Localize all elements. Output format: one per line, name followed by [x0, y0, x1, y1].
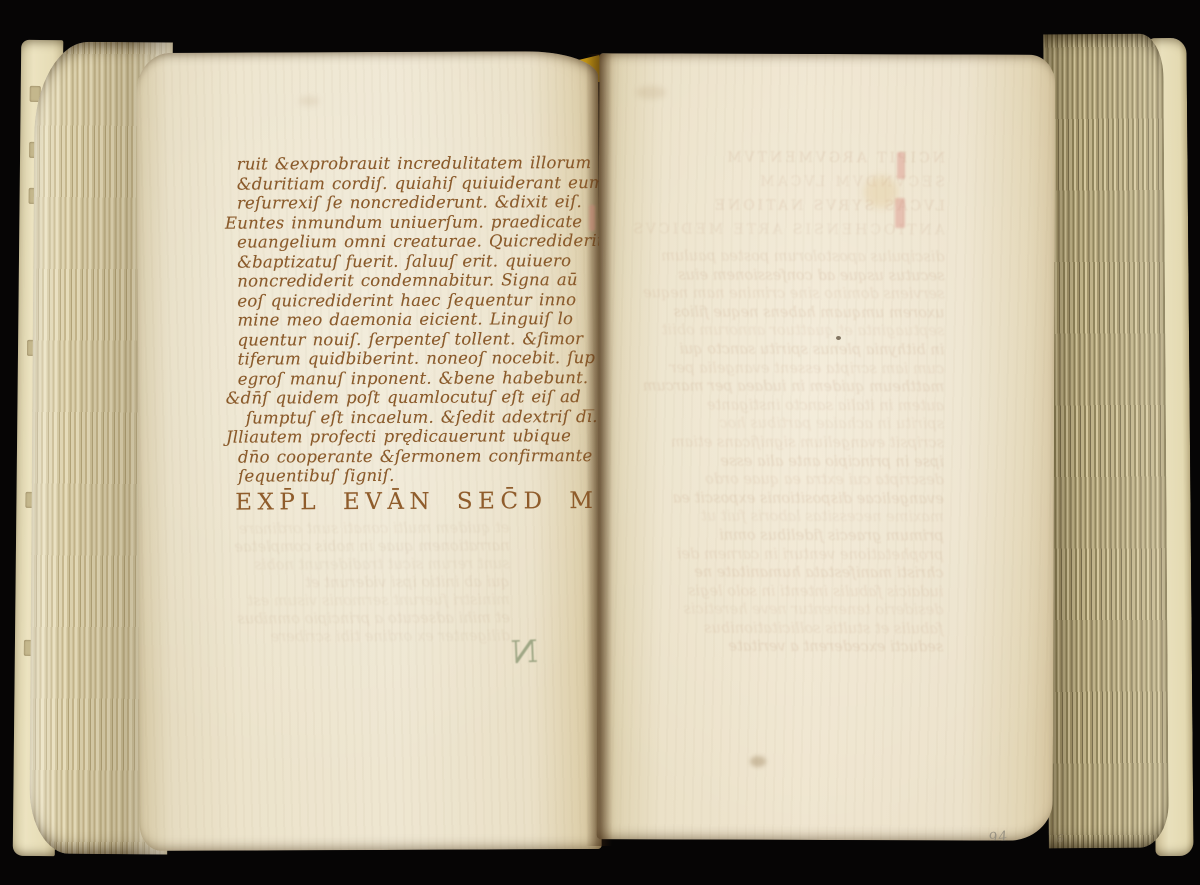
- showthrough-line: secutus usque ad confessionem eius: [613, 266, 945, 286]
- explicit-line: EXP̄L EVĀN SEC̄D MAR̄C: [235, 488, 602, 516]
- showthrough-line: serviens domino sine crimine nam neque: [613, 284, 945, 304]
- showthrough-line: et quidem multi conati sunt ordinare: [234, 519, 509, 538]
- showthrough-line: et mihi adsecuto a principio omnibus: [235, 609, 510, 628]
- manuscript-line: dn̄o cooperante &ſermonem confirmante: [238, 446, 578, 467]
- parchment-stain: [864, 176, 898, 208]
- showthrough-line: primum graecis fidelibus omni: [612, 526, 944, 546]
- rubric-showthrough-mark: [895, 198, 905, 228]
- parchment-stain: [636, 86, 666, 99]
- right-page-showthrough-body: discipulus apostolorum postea paulumsecu…: [611, 247, 944, 657]
- manuscript-line: ſequentibuſ ſigniſ.: [238, 465, 578, 486]
- showthrough-line: desiderio tenerentur neve hereticis: [611, 601, 943, 621]
- manuscript-line: eoſ quicrediderint haec ſequentur inno: [237, 290, 577, 311]
- showthrough-line: diligenter ex ordine tibi scribere: [235, 627, 510, 646]
- manuscript-line: mine meo daemonia eicient. Linguiſ lo: [237, 309, 577, 330]
- manuscript-line: &dn̄ſ quidem poſt quamlocutuſ eſt eiſ ad: [226, 387, 578, 408]
- showthrough-line: descripta cui extra ea quae ordo: [612, 470, 944, 490]
- showthrough-line: mattheum quidem in iudaea per marcum: [612, 377, 944, 397]
- showthrough-line: sunt rerum sicut tradiderunt nobis: [234, 555, 509, 574]
- manuscript-line: Euntes inmundum uniuerſum. praedicate: [225, 212, 577, 233]
- showthrough-line: autem in italia sancto instigante: [612, 396, 944, 416]
- manuscript-line: reſurrexiſ ſe noncrediderunt. &dixit eiſ…: [237, 192, 577, 213]
- manuscript-line: noncrediderit condemnabitur. Signa aū: [237, 270, 577, 291]
- folio-number: 94: [988, 828, 1010, 840]
- book-gutter: [586, 54, 612, 846]
- showthrough-line: evangelicae dispositionis exposcit ea: [612, 489, 944, 509]
- showthrough-line: seducti excederent a veritate: [611, 638, 943, 658]
- showthrough-line: christi manifestata humanitate ne: [612, 563, 944, 583]
- showthrough-line: cum iam scripta essent evangelia per: [612, 359, 944, 379]
- showthrough-line: scripsit evangelium significans etiam: [612, 433, 944, 453]
- showthrough-line: iudaicis fabulis intenti in solo legis: [611, 582, 943, 602]
- manuscript-text-block: ruit &exprobrauit incredulitatem illorum…: [237, 153, 578, 486]
- manuscript-line: &duritiam cordiſ. quiahiſ quiuiderant eu…: [237, 173, 577, 194]
- showthrough-line: ipse in principio ante alia esse: [612, 452, 944, 472]
- showthrough-line: ministri fuerunt sermonis visum est: [235, 591, 510, 610]
- showthrough-line: septuaginta et quattuor annorum obiit: [612, 322, 944, 342]
- manuscript-line: Jlliautem profecti prędicauerunt ubique: [226, 426, 578, 447]
- showthrough-line: discipulus apostolorum postea paulum: [613, 247, 945, 267]
- parchment-stain: [299, 96, 319, 106]
- rubric-showthrough-mark: [897, 152, 905, 179]
- manuscript-line: euangelium omni creaturae. Quicrediderit: [237, 231, 577, 252]
- parchment-spot: [836, 336, 841, 340]
- showthrough-line: prophetatione venturi in carnem dei: [612, 545, 944, 565]
- manuscript-line: quentur nouiſ. ſerpenteſ tollent. &ſimor: [237, 329, 577, 350]
- manuscript-photograph: ruit &exprobrauit incredulitatem illorum…: [0, 0, 1200, 885]
- left-page: ruit &exprobrauit incredulitatem illorum…: [136, 51, 601, 851]
- manuscript-line: ſumptuſ eſt incaelum. &ſedit adextriſ di…: [246, 407, 578, 428]
- manuscript-line: egroſ manuſ inponent. &bene habebunt.: [238, 368, 578, 389]
- showthrough-line: narrationem quae in nobis completae: [234, 537, 509, 556]
- left-page-showthrough: et quidem multi conati sunt ordinarenarr…: [234, 519, 510, 646]
- manuscript-line: ruit &exprobrauit incredulitatem illorum: [237, 153, 577, 174]
- showthrough-line: fabulis et stultis sollicitationibus: [611, 619, 943, 639]
- showthrough-line: qui ab initio ipsi viderunt et: [235, 573, 510, 592]
- showthrough-line: uxorem umquam habens neque filios: [612, 303, 944, 323]
- right-page-edges: 6: [1043, 34, 1169, 849]
- edge-pencil-mark: 6: [1056, 832, 1064, 845]
- showthrough-line: spiritu in achaiae partibus hoc: [612, 415, 944, 435]
- manuscript-line: &baptizatuſ fuerit. ſaluuſ erit. quiuero: [237, 251, 577, 272]
- rubric-showthrough-mark: [589, 205, 595, 231]
- showthrough-line: maxime necessitas laboris fuit ut: [612, 508, 944, 528]
- showthrough-line: in bithynia plenus spiritu sancto qui: [612, 340, 944, 360]
- right-page: NCIPIT ARGVMENTVMSECVNDVM LVCAMLVCAS SYR…: [597, 53, 1056, 841]
- parchment-stain: [750, 756, 766, 767]
- showthrough-initial-n: N: [510, 634, 539, 671]
- manuscript-line: tiferum quidbiberint. noneoſ nocebit. ſu…: [238, 348, 578, 369]
